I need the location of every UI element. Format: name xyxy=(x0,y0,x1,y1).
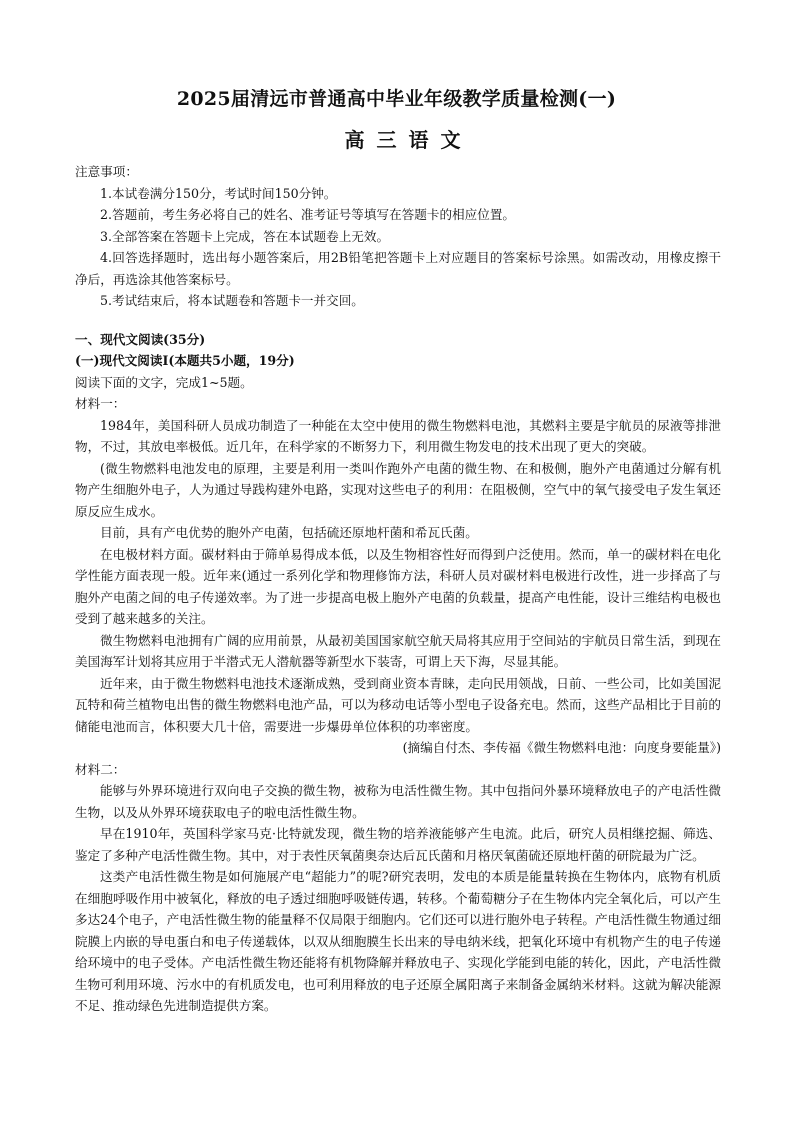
material-one-paragraph: 微生物燃料电池拥有广阔的应用前景，从最初美国国家航空航天局将其应用于空间站的宇航… xyxy=(75,630,721,673)
material-one-paragraph: 目前，具有产电优势的胞外产电菌，包括硫还原地杆菌和希瓦氏菌。 xyxy=(75,522,721,544)
note-item: 1.本试卷满分150分，考试时间150分钟。 xyxy=(75,183,721,205)
note-item: 3.全部答案在答题卡上完成，答在本试题卷上无效。 xyxy=(75,226,721,248)
section-instruction: 阅读下面的文字，完成1~5题。 xyxy=(75,372,721,394)
material-one-paragraph: 在电极材料方面。碳材料由于筛单易得成本低，以及生物相容性好而得到户泛使用。然而，… xyxy=(75,544,721,630)
note-item: 5.考试结束后，将本试题卷和答题卡一并交回。 xyxy=(75,290,721,312)
note-item: 2.答题前，考生务必将自己的姓名、准考证号等填写在答题卡的相应位置。 xyxy=(75,204,721,226)
material-two-label: 材料二： xyxy=(75,759,721,781)
material-one-paragraph: 1984年，美国科研人员成功制造了一种能在太空中使用的微生物燃料电池，其燃料主要… xyxy=(75,415,721,458)
material-two-paragraph: 能够与外界环境进行双向电子交换的微生物，被称为电活性微生物。其中包指问外暴环境释… xyxy=(75,780,721,823)
material-one-label: 材料一： xyxy=(75,393,721,415)
section-subheading: (一)现代文阅读Ⅰ(本题共5小题，19分) xyxy=(75,350,721,372)
exam-page: 2025届清远市普通高中毕业年级教学质量检测(一) 高三语文 注意事项： 1.本… xyxy=(0,0,793,1122)
material-one-paragraph: (微生物燃料电池发电的原理，主要是利用一类叫作跑外产电菌的微生物、在和极侧，胞外… xyxy=(75,458,721,523)
exam-subject: 高三语文 xyxy=(0,124,793,153)
exam-title: 2025届清远市普通高中毕业年级教学质量检测(一) xyxy=(0,84,793,111)
notes-block: 注意事项： 1.本试卷满分150分，考试时间150分钟。 2.答题前，考生务必将… xyxy=(75,161,721,1017)
material-two-paragraph: 这类产电活性微生物是如何施展产电“超能力”的呢?研究表明，发电的本质是能量转换在… xyxy=(75,866,721,1017)
note-item: 4.回答选择题时，选出每小题答案后，用2B铅笔把答题卡上对应题目的答案标号涂黑。… xyxy=(75,247,721,290)
notes-heading: 注意事项： xyxy=(75,161,721,183)
material-one-source: (摘编自付杰、李传福《微生物燃料电池：向度身要能量》) xyxy=(75,737,721,759)
material-two-paragraph: 早在1910年，英国科学家马克·比特就发现，微生物的培养液能够产生电流。此后，研… xyxy=(75,823,721,866)
material-one-paragraph: 近年来，由于微生物燃料电池技术逐渐成熟，受到商业资本青睐，走向民用领战，日前、一… xyxy=(75,673,721,738)
section-heading: 一、现代文阅读(35分) xyxy=(75,329,721,351)
